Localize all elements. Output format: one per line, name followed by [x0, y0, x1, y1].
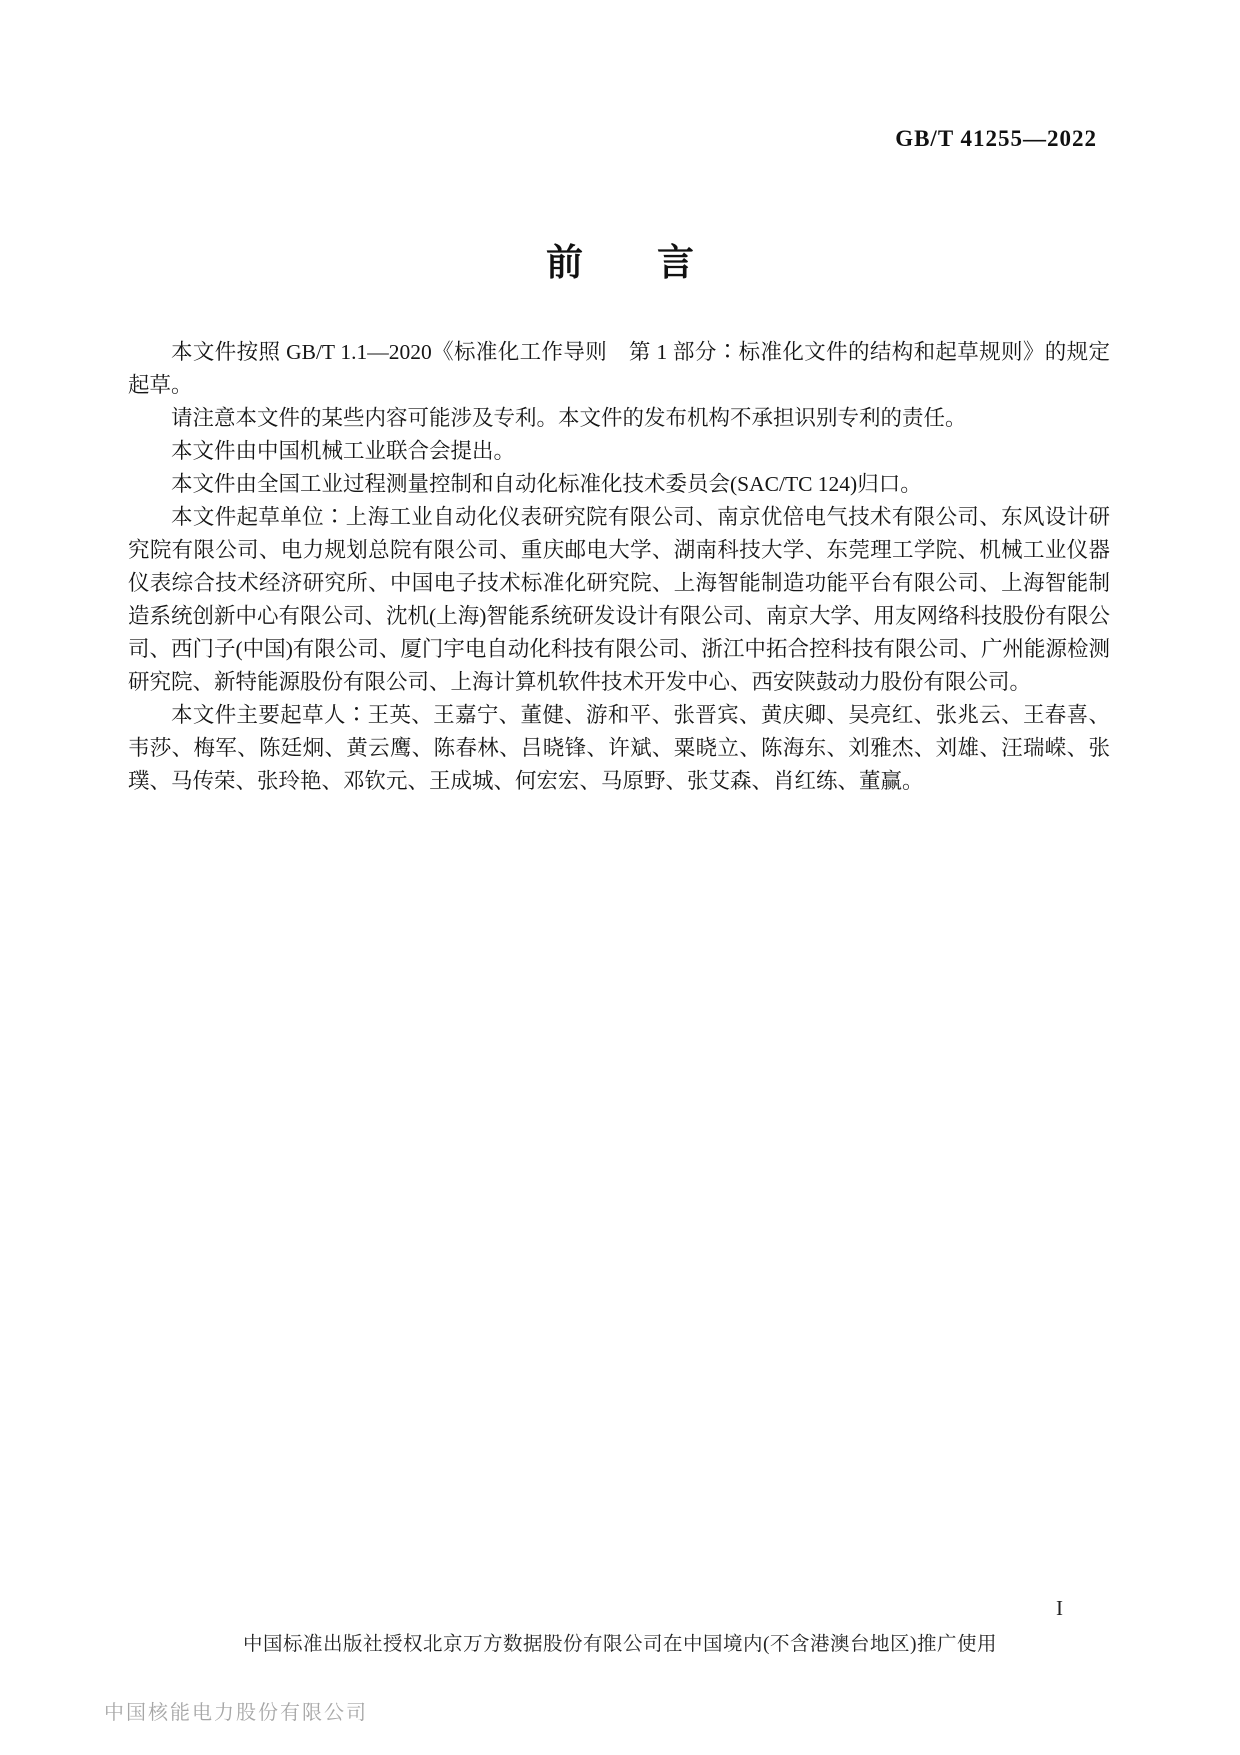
foreword-paragraph: 本文件由全国工业过程测量控制和自动化标准化技术委员会(SAC/TC 124)归口… [128, 468, 1110, 501]
company-watermark: 中国核能电力股份有限公司 [104, 1696, 368, 1725]
foreword-paragraph: 本文件主要起草人∶王英、王嘉宁、董健、游和平、张晋宾、黄庆卿、吴亮红、张兆云、王… [128, 699, 1110, 798]
foreword-paragraph: 本文件按照 GB/T 1.1—2020《标准化工作导则 第 1 部分∶标准化文件… [128, 336, 1110, 402]
authorization-notice: 中国标准出版社授权北京万方数据股份有限公司在中国境内(不含港澳台地区)推广使用 [0, 1628, 1240, 1656]
page-title: 前 言 [0, 232, 1240, 286]
foreword-paragraph: 请注意本文件的某些内容可能涉及专利。本文件的发布机构不承担识别专利的责任。 [128, 402, 1110, 435]
foreword-body: 本文件按照 GB/T 1.1—2020《标准化工作导则 第 1 部分∶标准化文件… [128, 336, 1110, 798]
standard-code: GB/T 41255—2022 [895, 126, 1097, 152]
page-number: I [1056, 1596, 1063, 1621]
document-page: GB/T 41255—2022 前 言 本文件按照 GB/T 1.1—2020《… [0, 0, 1240, 1755]
foreword-paragraph: 本文件起草单位∶上海工业自动化仪表研究院有限公司、南京优倍电气技术有限公司、东风… [128, 501, 1110, 699]
foreword-paragraph: 本文件由中国机械工业联合会提出。 [128, 435, 1110, 468]
